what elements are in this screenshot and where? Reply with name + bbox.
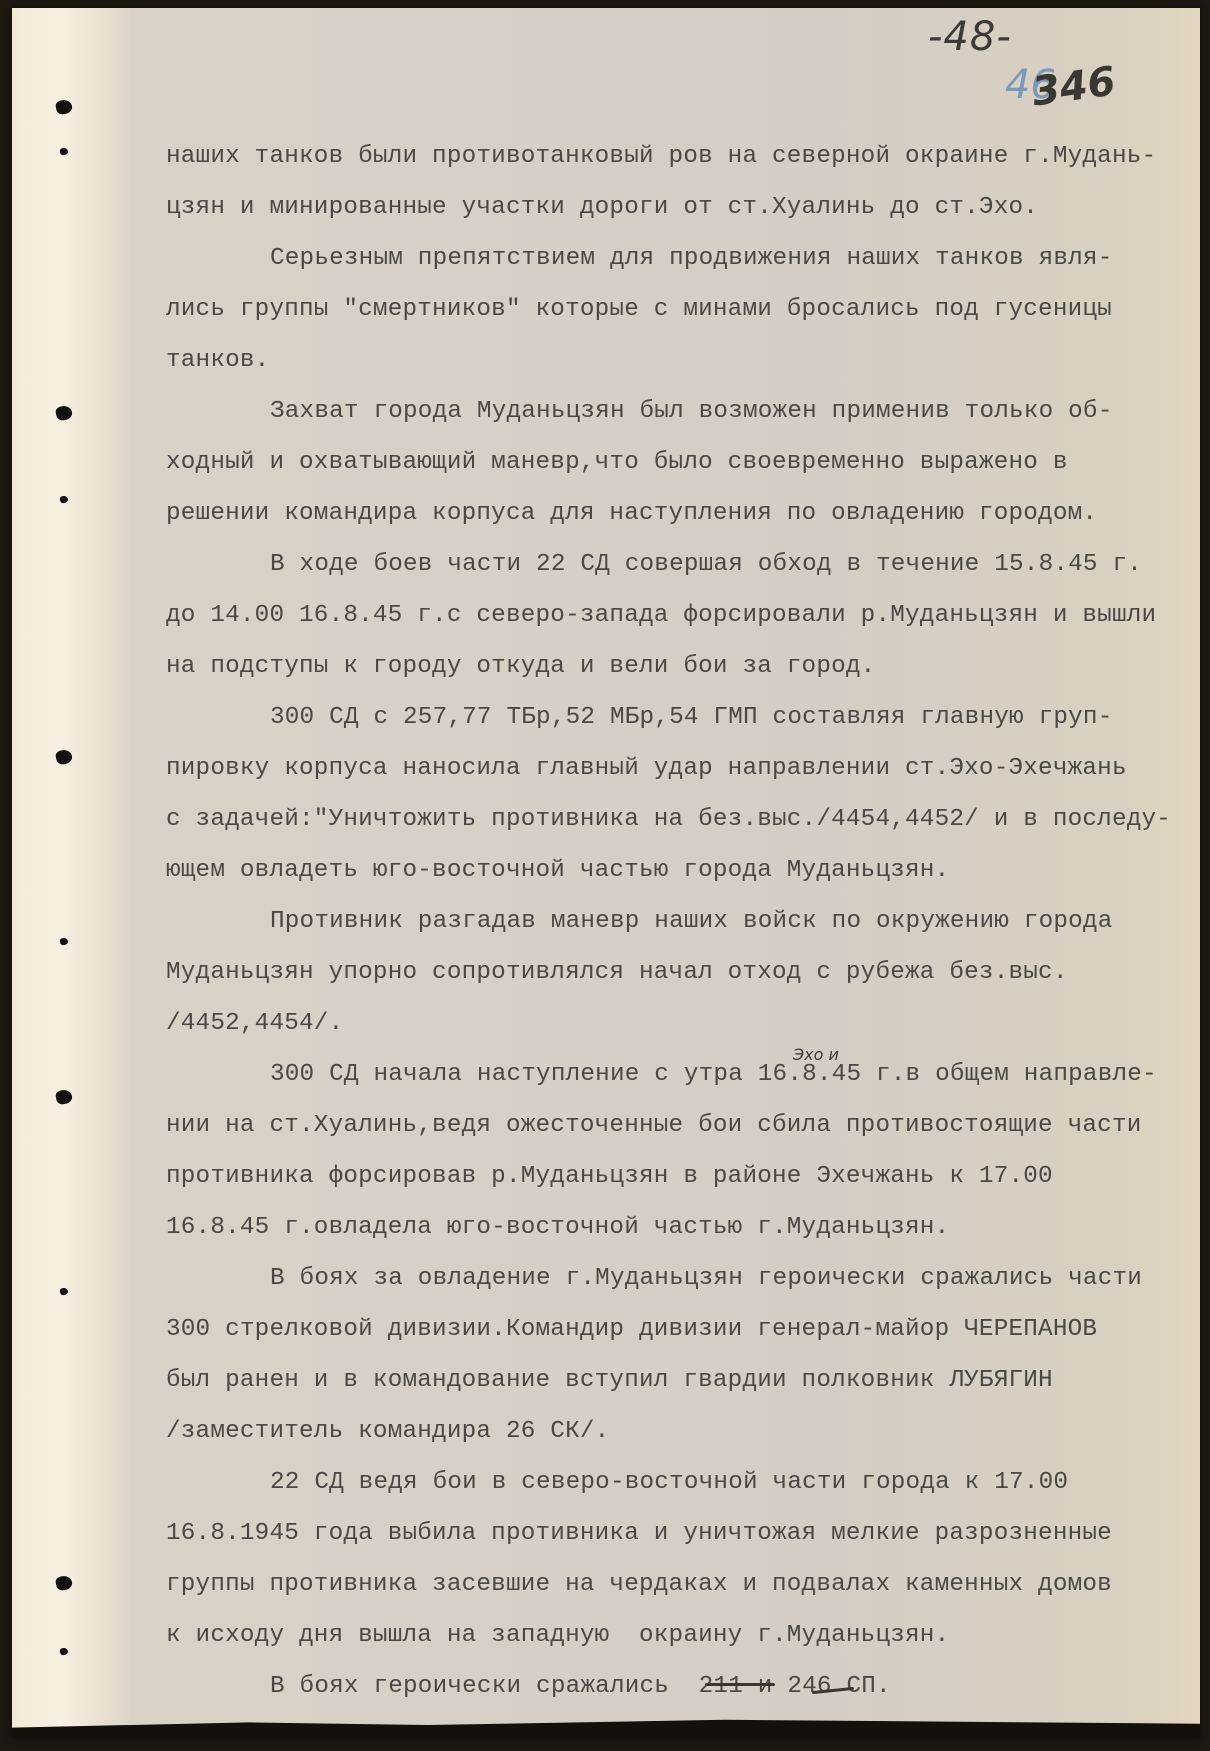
torn-bottom-edge: [12, 1712, 1200, 1738]
text-line: ющем овладеть юго-восточной частью город…: [166, 845, 1186, 896]
text-line: В боях героически сражались 211 и 246 СП…: [166, 1661, 1186, 1712]
text-line: противника форсировав р.Муданьцзян в рай…: [166, 1151, 1186, 1202]
punch-hole: [55, 1088, 74, 1105]
punch-hole: [55, 98, 74, 115]
text-line: 22 СД ведя бои в северо-восточной части …: [166, 1457, 1186, 1508]
text-line: до 14.00 16.8.45 г.с северо-запада форси…: [166, 590, 1186, 641]
text-line: к исходу дня вышла на западную окраину г…: [166, 1610, 1186, 1661]
handwritten-insertion: Эхо и: [793, 1045, 839, 1064]
text-line: ходный и охватывающий маневр,что было св…: [166, 437, 1186, 488]
text-line: с задачей:"Уничтожить противника на без.…: [166, 794, 1186, 845]
punch-hole: [59, 937, 68, 946]
text-line: группы противника засевшие на чердаках и…: [166, 1559, 1186, 1610]
paragraph: В боях за овладение г.Муданьцзян героиче…: [166, 1253, 1186, 1457]
text-line: нии на ст.Хуалинь,ведя ожесточенные бои …: [166, 1100, 1186, 1151]
punch-hole: [55, 748, 74, 765]
text-line: 16.8.1945 года выбила противника и уничт…: [166, 1508, 1186, 1559]
binding-margin: [12, 8, 112, 1738]
paragraph: Захват города Муданьцзян был возможен пр…: [166, 386, 1186, 539]
text-line: В боях за овладение г.Муданьцзян героиче…: [166, 1253, 1186, 1304]
text-line: пировку корпуса наносила главный удар на…: [166, 743, 1186, 794]
paragraph: 300 СД начала наступление с утра 16.8.45…: [166, 1049, 1186, 1253]
text-line: был ранен и в командование вступил гвард…: [166, 1355, 1186, 1406]
text-line: 300 стрелковой дивизии.Командир дивизии …: [166, 1304, 1186, 1355]
text-line: 300 СД с 257,77 ТБр,52 МБр,54 ГМП состав…: [166, 692, 1186, 743]
text-line: 300 СД начала наступление с утра 16.8.45…: [166, 1049, 1186, 1100]
text-line: 16.8.45 г.овладела юго-восточной частью …: [166, 1202, 1186, 1253]
paragraph: В боях героически сражались 211 и 246 СП…: [166, 1661, 1186, 1712]
page-number-top: -48-: [928, 14, 1012, 60]
text-line: Муданьцзян упорно сопротивлялся начал от…: [166, 947, 1186, 998]
underline-211: [705, 1683, 775, 1686]
punch-hole: [59, 1647, 68, 1656]
punch-hole: [59, 1287, 68, 1296]
text-line: решении командира корпуса для наступлени…: [166, 488, 1186, 539]
text-line: на подступы к городу откуда и вели бои з…: [166, 641, 1186, 692]
text-line: Серьезным препятствием для продвижения н…: [166, 233, 1186, 284]
punch-hole: [55, 404, 74, 421]
text-line: наших танков были противотанковый ров на…: [166, 131, 1186, 182]
paragraph: В ходе боев части 22 СД совершая обход в…: [166, 539, 1186, 692]
punch-hole: [55, 1574, 74, 1591]
paragraph: наших танков были противотанковый ров на…: [166, 131, 1186, 233]
text-line: цзян и минированные участки дороги от ст…: [166, 182, 1186, 233]
text-line: В ходе боев части 22 СД совершая обход в…: [166, 539, 1186, 590]
punch-hole: [59, 147, 68, 156]
text-line: Противник разгадав маневр наших войск по…: [166, 896, 1186, 947]
punch-hole: [59, 495, 68, 504]
paragraph: 300 СД с 257,77 ТБр,52 МБр,54 ГМП состав…: [166, 692, 1186, 896]
paragraph: Серьезным препятствием для продвижения н…: [166, 233, 1186, 386]
text-line: /заместитель командира 26 СК/.: [166, 1406, 1186, 1457]
text-line: Захват города Муданьцзян был возможен пр…: [166, 386, 1186, 437]
paragraph: Противник разгадав маневр наших войск по…: [166, 896, 1186, 1049]
text-line: /4452,4454/.: [166, 998, 1186, 1049]
text-line: танков.: [166, 335, 1186, 386]
paragraph: 22 СД ведя бои в северо-восточной части …: [166, 1457, 1186, 1661]
typewritten-body: наших танков были противотанковый ров на…: [166, 131, 1186, 1712]
text-line: лись группы "смертников" которые с минам…: [166, 284, 1186, 335]
